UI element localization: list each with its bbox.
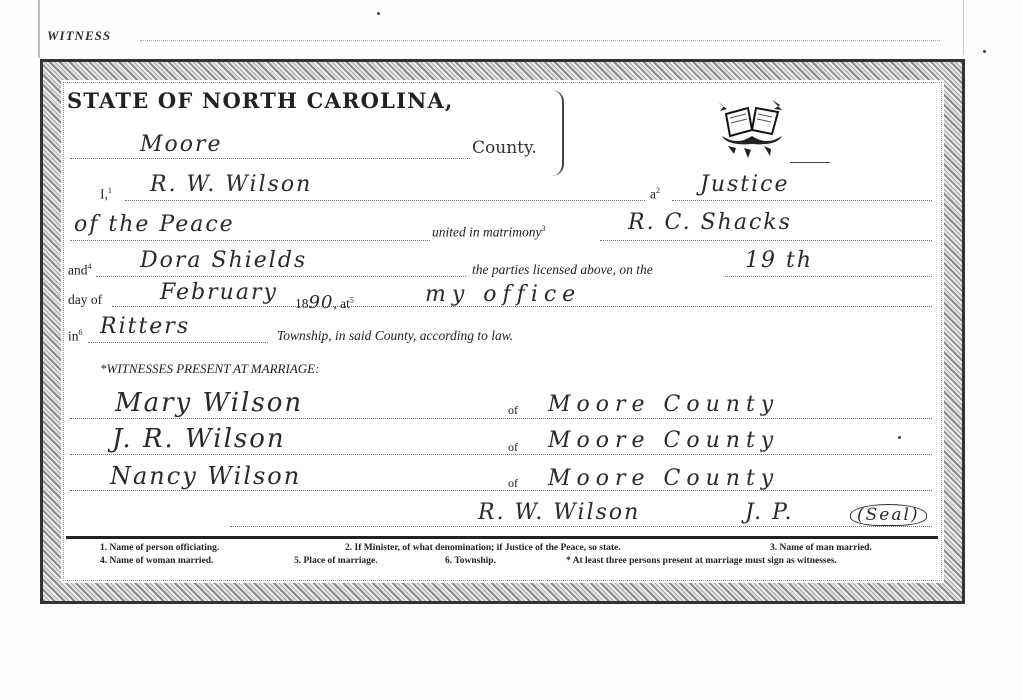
county-name: Moore bbox=[140, 132, 223, 157]
month-value: February bbox=[160, 280, 278, 305]
signature-name: R. W. Wilson bbox=[478, 500, 640, 525]
township-label: Township, in said County, according to l… bbox=[277, 328, 513, 344]
footnote-1: 1. Name of person officiating. bbox=[100, 543, 219, 553]
header-brace bbox=[552, 90, 564, 176]
united-label: united in matrimony3 bbox=[432, 224, 546, 241]
year-label: 1890, at5 bbox=[295, 292, 354, 313]
signature-title: J. P. bbox=[745, 500, 793, 525]
woman-name: Dora Shields bbox=[140, 248, 307, 273]
footnote-4: 4. Name of woman married. bbox=[100, 556, 213, 566]
footnote-2: 2. If Minister, of what denomination; if… bbox=[345, 543, 621, 553]
witness-line bbox=[140, 40, 940, 41]
day-line bbox=[725, 276, 932, 277]
witness-name-2: J. R. Wilson bbox=[112, 424, 286, 454]
licensed-label: the parties licensed above, on the bbox=[472, 262, 653, 278]
county-line bbox=[70, 158, 470, 159]
officiant-label: I,1 bbox=[100, 186, 112, 203]
open-book-ornament-icon bbox=[712, 94, 792, 160]
denomination-line bbox=[672, 200, 932, 201]
signature-line bbox=[230, 526, 932, 527]
witness-line-3 bbox=[70, 490, 932, 491]
of-label: of bbox=[508, 476, 518, 491]
denomination-line-2 bbox=[70, 240, 430, 241]
man-line bbox=[600, 240, 932, 241]
witnesses-heading: *WITNESSES PRESENT AT MARRIAGE: bbox=[100, 361, 319, 377]
woman-line bbox=[96, 276, 466, 277]
footnote-5: 5. Place of marriage. bbox=[294, 556, 378, 566]
township-value: Ritters bbox=[100, 314, 190, 339]
witness-residence-1: Moore County bbox=[548, 392, 779, 417]
in-label: in6 bbox=[68, 328, 83, 345]
and-label: and4 bbox=[68, 262, 92, 279]
ink-speck bbox=[377, 12, 380, 15]
ink-speck bbox=[898, 436, 901, 439]
officiant-line bbox=[125, 200, 645, 201]
of-label: of bbox=[508, 403, 518, 418]
township-line bbox=[88, 342, 268, 343]
witness-name-3: Nancy Wilson bbox=[110, 462, 301, 490]
denomination-prefix: a2 bbox=[650, 186, 660, 203]
witness-label: WITNESS bbox=[47, 28, 111, 44]
footnote-rule bbox=[66, 536, 938, 539]
witness-residence-3: Moore County bbox=[548, 466, 779, 491]
seal-mark: (Seal) bbox=[850, 504, 927, 526]
page-edge-line bbox=[38, 0, 40, 58]
day-value: 19 th bbox=[745, 248, 813, 273]
year-suffix: 90 bbox=[309, 292, 334, 313]
footnote-6: 6. Township. bbox=[445, 556, 496, 566]
man-name: R. C. Shacks bbox=[628, 210, 792, 235]
officiant-name: R. W. Wilson bbox=[150, 172, 312, 197]
of-label: of bbox=[508, 440, 518, 455]
page-edge-line bbox=[963, 0, 964, 55]
footnote-3: 3. Name of man married. bbox=[770, 543, 872, 553]
denomination-line2: of the Peace bbox=[74, 212, 235, 237]
state-title: STATE OF NORTH CAROLINA, bbox=[67, 88, 454, 113]
ink-speck bbox=[983, 50, 986, 53]
place-value: my office bbox=[425, 282, 581, 307]
county-word: County. bbox=[472, 138, 537, 158]
denomination-line1: Justice bbox=[700, 172, 790, 197]
witness-line-1 bbox=[70, 418, 932, 419]
seal-rule bbox=[790, 162, 830, 163]
footnote-star: * At least three persons present at marr… bbox=[566, 556, 837, 566]
day-of-label: day of bbox=[68, 292, 102, 308]
witness-residence-2: Moore County bbox=[548, 428, 779, 453]
witness-line-2 bbox=[70, 454, 932, 455]
witness-name-1: Mary Wilson bbox=[115, 388, 303, 418]
